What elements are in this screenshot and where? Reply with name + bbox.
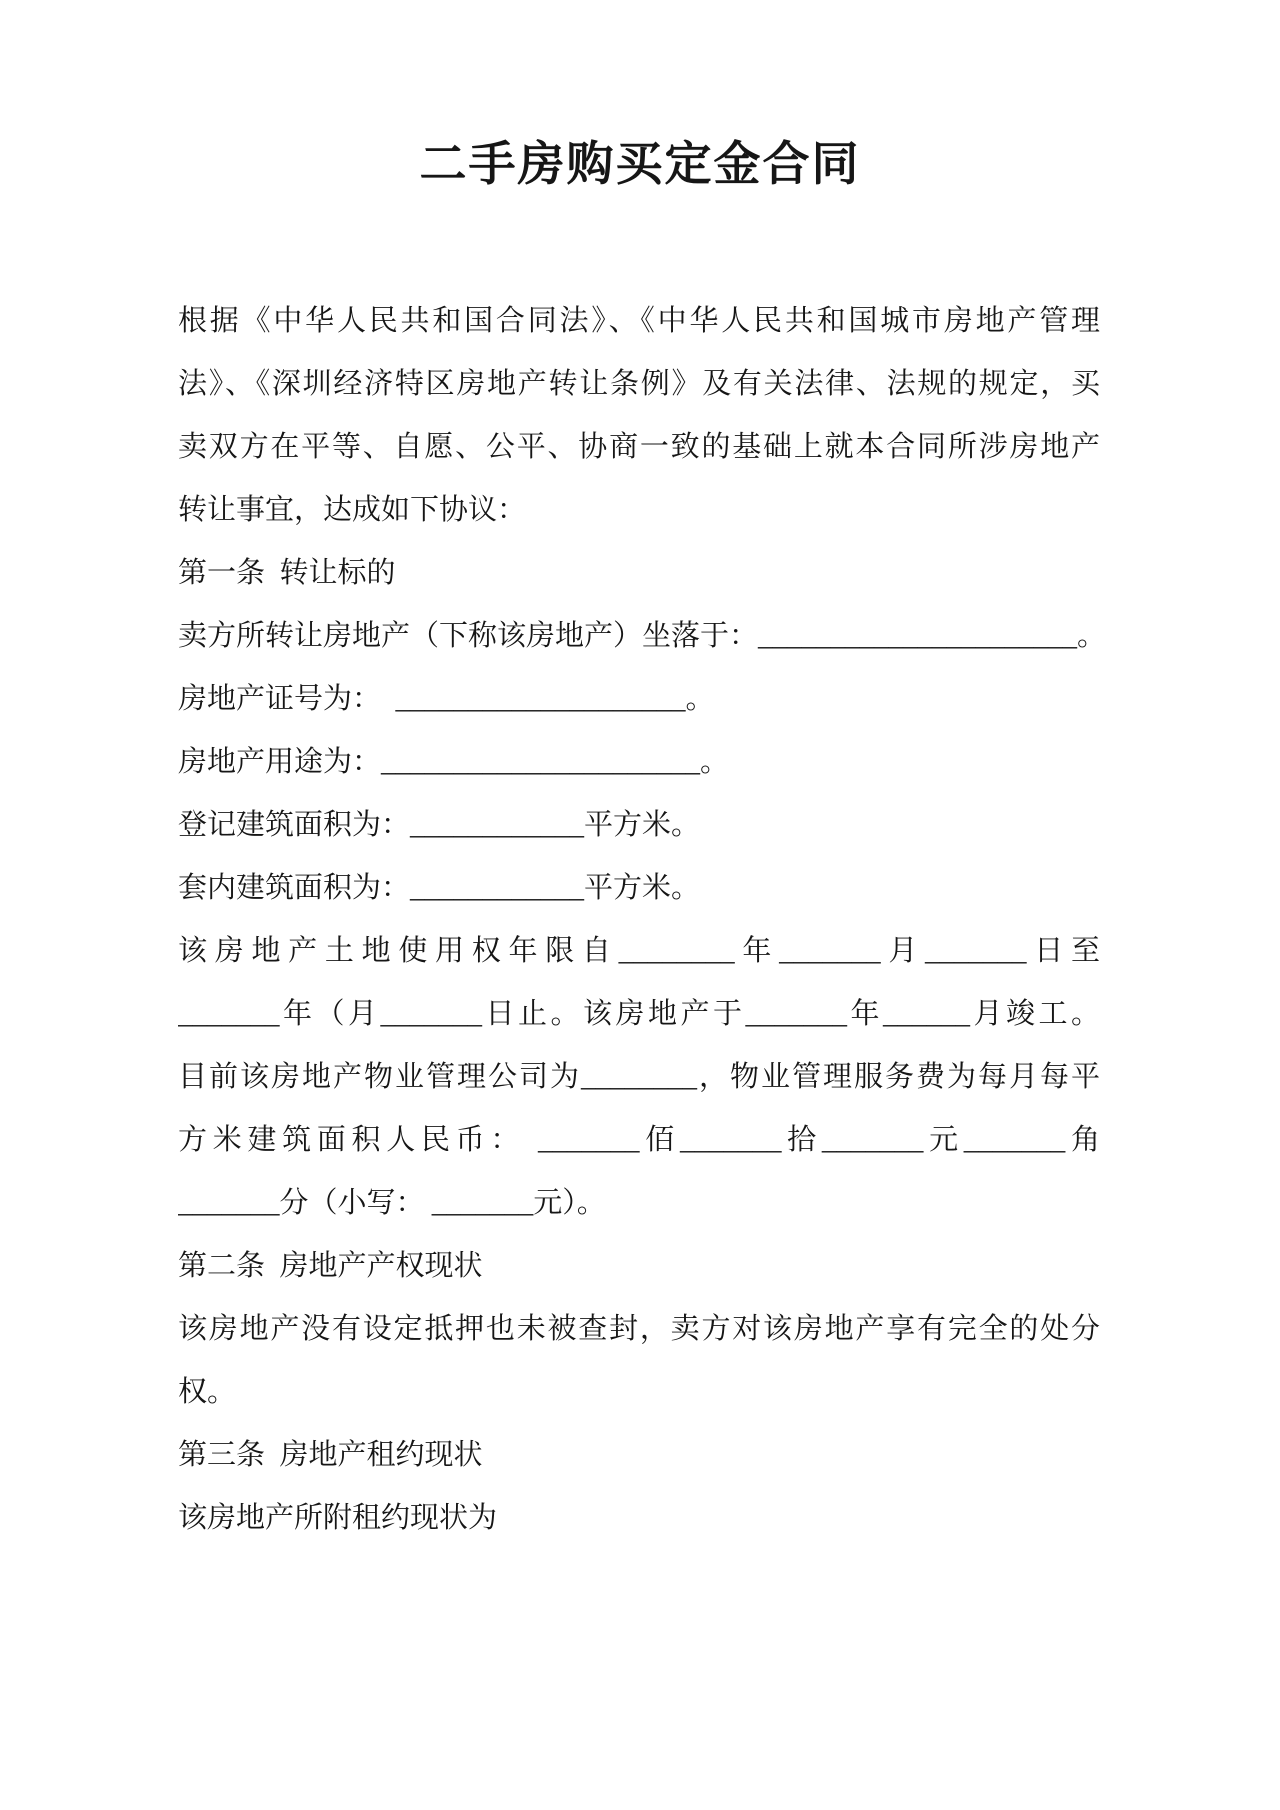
- contract-line-registered-area-blank: 登记建筑面积为：____________平方米。: [178, 794, 1100, 857]
- contract-line-location-blank: 卖方所转让房地产（下称该房地产）坐落于：____________________…: [178, 605, 1100, 668]
- contract-line-land-use-term-1: 该房地产土地使用权年限自________年_______月_______日至: [178, 920, 1100, 983]
- contract-line-lease-status: 该房地产所附租约现状为: [178, 1487, 1100, 1550]
- contract-line-inner-area-blank: 套内建筑面积为：____________平方米。: [178, 857, 1100, 920]
- contract-clause-2-heading: 第二条 房地产产权现状: [178, 1235, 1100, 1298]
- contract-line-ownership-status-2: 权。: [178, 1361, 1100, 1424]
- contract-line-intro-1: 根据《中华人民共和国合同法》、《中华人民共和国城市房地产管理: [178, 290, 1100, 353]
- contract-clause-1-heading: 第一条 转让标的: [178, 542, 1100, 605]
- contract-line-usage-blank: 房地产用途为：______________________。: [178, 731, 1100, 794]
- contract-line-land-use-term-2: _______年（月_______日止。该房地产于_______年______月…: [178, 983, 1100, 1046]
- contract-line-ownership-status-1: 该房地产没有设定抵押也未被查封，卖方对该房地产享有完全的处分: [178, 1298, 1100, 1361]
- contract-line-certificate-number-blank: 房地产证号为： ____________________。: [178, 668, 1100, 731]
- contract-line-intro-4: 转让事宜，达成如下协议：: [178, 479, 1100, 542]
- contract-line-property-management-fee: 方米建筑面积人民币： _______佰_______拾_______元_____…: [178, 1109, 1100, 1172]
- document-title: 二手房购买定金合同: [0, 0, 1280, 196]
- contract-line-property-management-1: 目前该房地产物业管理公司为________，物业管理服务费为每月每平: [178, 1046, 1100, 1109]
- contract-line-intro-3: 卖双方在平等、自愿、公平、协商一致的基础上就本合同所涉房地产: [178, 416, 1100, 479]
- contract-line-intro-2: 法》、《深圳经济特区房地产转让条例》及有关法律、法规的规定，买: [178, 353, 1100, 416]
- contract-line-fee-amount: _______分（小写： _______元）。: [178, 1172, 1100, 1235]
- contract-document-page: 二手房购买定金合同 根据《中华人民共和国合同法》、《中华人民共和国城市房地产管理…: [0, 0, 1280, 1810]
- document-body: 根据《中华人民共和国合同法》、《中华人民共和国城市房地产管理 法》、《深圳经济特…: [0, 290, 1280, 1550]
- contract-clause-3-heading: 第三条 房地产租约现状: [178, 1424, 1100, 1487]
